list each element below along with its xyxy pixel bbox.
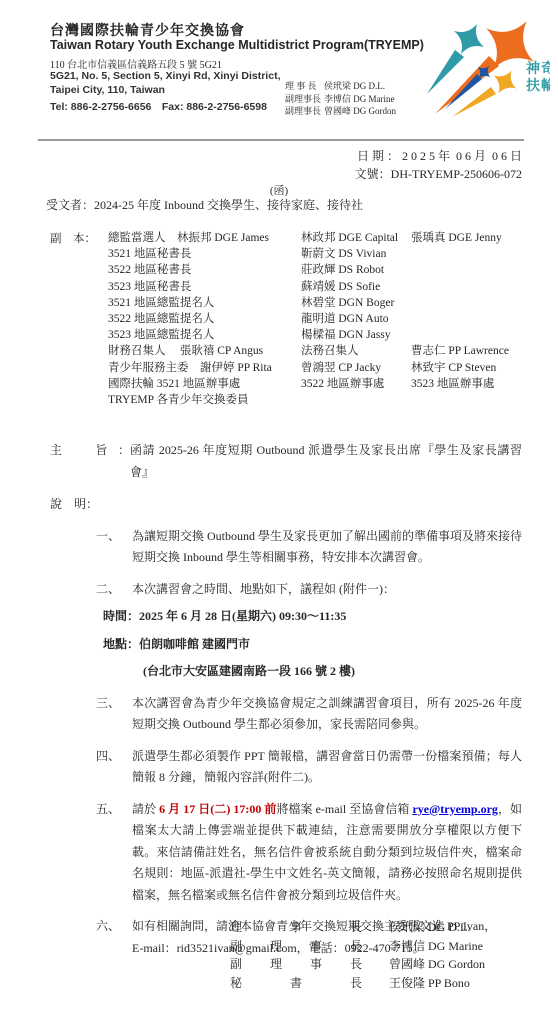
explanation-item-3: 三、 本次講習會為青少年交換協會規定之訓練講習會項目，所有 2025-26 年度… xyxy=(50,693,522,736)
officer-title: 副理事長 xyxy=(285,105,324,118)
cc-cell xyxy=(411,262,509,278)
officer-row: 副理事長 曾國峰 DG Gordon xyxy=(285,105,399,118)
cc-cell: 3523 地區秘書長 xyxy=(108,279,301,295)
logo-text-line2: 扶輪 xyxy=(526,77,550,93)
cc-cell: 林致宇 CP Steven xyxy=(411,360,509,376)
cc-cell: 3523 地區辦事處 xyxy=(411,376,509,392)
cc-cell: 3522 地區辦事處 xyxy=(301,376,411,392)
item-number: 四、 xyxy=(96,746,132,789)
item-number: 二、 xyxy=(96,579,132,601)
cc-cell: 3521 地區秘書長 xyxy=(108,246,301,262)
item-number: 六、 xyxy=(96,916,132,959)
cc-row: 3522 地區總監提名人龍明道 DGN Auto xyxy=(108,311,509,327)
cc-row: TRYEMP 各青少年交換委員 xyxy=(108,392,509,408)
signature-row: 副理事長 曾國峰 DG Gordon xyxy=(230,955,485,974)
cc-cell xyxy=(411,311,509,327)
cc-cell: TRYEMP 各青少年交換委員 xyxy=(108,392,301,408)
explanation-item-4: 四、 派遣學生都必須製作 PPT 簡報檔，講習會當日仍需帶一份檔案預備；每人簡報… xyxy=(50,746,522,789)
item5-post: ，如檔案太大請上傳雲端並提供下載連結，注意需要開放分享權限以方便下載。來信請備註… xyxy=(132,802,522,902)
cc-cell xyxy=(411,392,509,408)
officer-row: 理 事 長 侯玳梁 DG D.L. xyxy=(285,80,399,93)
cc-cell: 林政邦 DGE Capital xyxy=(301,230,411,246)
officer-title: 理 事 長 xyxy=(285,80,324,93)
org-address-en-2: Taipei City, 110, Taiwan xyxy=(50,84,165,96)
subject-text: 函請 2025-26 年度短期 Outbound 派遣學生及家長出席『學生及家長… xyxy=(130,440,522,483)
cc-cell: 張瑀真 DGE Jenny xyxy=(411,230,509,246)
officer-name: 侯玳梁 DG D.L. xyxy=(324,80,399,93)
signature-row: 副理事長 李博信 DG Marine xyxy=(230,937,485,956)
signature-title: 副理事長 xyxy=(230,937,362,956)
signature-name: 侯玳梁 DG D.L. xyxy=(389,918,470,937)
association-email-link[interactable]: rye@tryemp.org xyxy=(412,802,497,816)
teal-comet-tail xyxy=(427,50,464,94)
doc-date: 日 期 ： 2 0 2 5 年 0 6 月 0 6 日 xyxy=(357,147,522,164)
cc-cell: 靳蔚文 DS Vivian xyxy=(301,246,411,262)
cc-cell xyxy=(411,327,509,343)
cc-cell: 曾鴻翌 CP Jacky xyxy=(301,360,411,376)
cc-table: 總監當選人 林振邦 DGE James林政邦 DGE Capital張瑀真 DG… xyxy=(108,230,509,408)
officer-name: 曾國峰 DG Gordon xyxy=(324,105,399,118)
signature-name: 李博信 DG Marine xyxy=(389,937,483,956)
recipient-line: 受文者：2024-25 年度 Inbound 交換學生、接待家庭、接待社 xyxy=(46,196,363,213)
signature-name: 曾國峰 DG Gordon xyxy=(389,955,485,974)
item-number: 三、 xyxy=(96,693,132,736)
logo-text-line1: 神奇 xyxy=(526,60,550,76)
item-number: 五、 xyxy=(96,799,132,907)
cc-row: 3521 地區秘書長靳蔚文 DS Vivian xyxy=(108,246,509,262)
cc-cell: 莊政輝 DS Robot xyxy=(301,262,411,278)
cc-cell: 3522 地區秘書長 xyxy=(108,262,301,278)
cc-row: 3521 地區總監提名人林碧堂 DGN Boger xyxy=(108,295,509,311)
letter-body: 主 旨： 函請 2025-26 年度短期 Outbound 派遣學生及家長出席『… xyxy=(50,440,522,959)
cc-cell xyxy=(411,295,509,311)
signature-row: 秘書長 王俊隆 PP Bono xyxy=(230,974,485,993)
doc-number: 文號：DH-TRYEMP-250606-072 xyxy=(355,165,522,182)
event-place: 地點：伯朗咖啡館 建國門市 xyxy=(103,634,522,656)
cc-cell: 蘇靖媛 DS Sofie xyxy=(301,279,411,295)
cc-row: 國際扶輪 3521 地區辦事處3522 地區辦事處3523 地區辦事處 xyxy=(108,376,509,392)
cc-row: 3522 地區秘書長莊政輝 DS Robot xyxy=(108,262,509,278)
item-number: 一、 xyxy=(96,526,132,569)
tryemp-magic-rotary-logo: 神奇 扶輪 xyxy=(425,8,550,126)
explanation-item-2: 二、 本次講習會之時間、地點如下，議程如 (附件一)： xyxy=(50,579,522,601)
signature-title: 副理事長 xyxy=(230,955,362,974)
signature-block: 理事長 侯玳梁 DG D.L. 副理事長 李博信 DG Marine 副理事長 … xyxy=(230,918,485,992)
signature-row: 理事長 侯玳梁 DG D.L. xyxy=(230,918,485,937)
item5-mid: 將檔案 e-mail 至協會信箱 xyxy=(276,802,412,816)
signature-title: 理事長 xyxy=(230,918,362,937)
letter-page: 台灣國際扶輪青少年交換協會 Taiwan Rotary Youth Exchan… xyxy=(0,0,558,1030)
subject-label: 主 旨： xyxy=(50,440,130,483)
org-name-en: Taiwan Rotary Youth Exchange Multidistri… xyxy=(50,38,424,52)
cc-cell: 曹志仁 PP Lawrence xyxy=(411,343,509,359)
officer-name: 李博信 DG Marine xyxy=(324,93,399,106)
cc-label: 副 本： xyxy=(50,230,108,408)
cc-cell: 林碧堂 DGN Boger xyxy=(301,295,411,311)
cc-cell: 楊樑福 DGN Jassy xyxy=(301,327,411,343)
officer-row: 副理事長 李博信 DG Marine xyxy=(285,93,399,106)
item-text: 本次講習會為青少年交換協會規定之訓練講習會項目，所有 2025-26 年度短期交… xyxy=(132,693,522,736)
cc-cell: 3522 地區總監提名人 xyxy=(108,311,301,327)
event-place-address: (台北市大安區建國南路一段 166 號 2 樓) xyxy=(143,661,522,683)
deadline-highlight: 6 月 17 日(二) 17:00 前 xyxy=(159,802,276,816)
cc-cell: 總監當選人 林振邦 DGE James xyxy=(108,230,301,246)
explanation-item-1: 一、 為讓短期交換 Outbound 學生及家長更加了解出國前的準備事項及將來接… xyxy=(50,526,522,569)
cc-cell: 龍明道 DGN Auto xyxy=(301,311,411,327)
org-tel-fax: Tel: 886-2-2756-6656 Fax: 886-2-2756-659… xyxy=(50,99,267,114)
header-officers: 理 事 長 侯玳梁 DG D.L. 副理事長 李博信 DG Marine 副理事… xyxy=(285,80,399,118)
cc-cell: 法務召集人 xyxy=(301,343,411,359)
item-text: 本次講習會之時間、地點如下，議程如 (附件一)： xyxy=(132,579,522,601)
event-time: 時間：2025 年 6 月 28 日(星期六) 09:30～11:35 xyxy=(103,606,522,628)
cc-row: 3523 地區秘書長蘇靖媛 DS Sofie xyxy=(108,279,509,295)
cc-cell xyxy=(411,279,509,295)
cc-cell xyxy=(411,246,509,262)
org-address-en-1: 5G21, No. 5, Section 5, Xinyi Rd, Xinyi … xyxy=(50,70,280,82)
cc-cell: 財務召集人 張耿禧 CP Angus xyxy=(108,343,301,359)
org-address-zh: 110 台北市信義區信義路五段 5 號 5G21 xyxy=(50,56,222,71)
officer-title: 副理事長 xyxy=(285,93,324,106)
subject-block: 主 旨： 函請 2025-26 年度短期 Outbound 派遣學生及家長出席『… xyxy=(50,440,522,483)
item-text: 請於 6 月 17 日(二) 17:00 前將檔案 e-mail 至協會信箱 r… xyxy=(132,799,522,907)
cc-row: 財務召集人 張耿禧 CP Angus法務召集人曹志仁 PP Lawrence xyxy=(108,343,509,359)
item-text: 為讓短期交換 Outbound 學生及家長更加了解出國前的準備事項及將來接待短期… xyxy=(132,526,522,569)
cc-cell: 3521 地區總監提名人 xyxy=(108,295,301,311)
cc-block: 副 本： 總監當選人 林振邦 DGE James林政邦 DGE Capital張… xyxy=(50,230,509,408)
cc-row: 3523 地區總監提名人楊樑福 DGN Jassy xyxy=(108,327,509,343)
cc-row: 青少年服務主委 謝伊婷 PP Rita曾鴻翌 CP Jacky林致宇 CP St… xyxy=(108,360,509,376)
explanation-label: 說 明： xyxy=(50,494,522,516)
signature-name: 王俊隆 PP Bono xyxy=(389,974,470,993)
cc-cell xyxy=(301,392,411,408)
item-text: 派遣學生都必須製作 PPT 簡報檔，講習會當日仍需帶一份檔案預備；每人簡報 8 … xyxy=(132,746,522,789)
header-divider xyxy=(38,139,524,141)
item5-pre: 請於 xyxy=(132,802,159,816)
cc-cell: 3523 地區總監提名人 xyxy=(108,327,301,343)
cc-row: 總監當選人 林振邦 DGE James林政邦 DGE Capital張瑀真 DG… xyxy=(108,230,509,246)
cc-cell: 青少年服務主委 謝伊婷 PP Rita xyxy=(108,360,301,376)
cc-cell: 國際扶輪 3521 地區辦事處 xyxy=(108,376,301,392)
signature-title: 秘書長 xyxy=(230,974,362,993)
explanation-item-5: 五、 請於 6 月 17 日(二) 17:00 前將檔案 e-mail 至協會信… xyxy=(50,799,522,907)
org-name-zh: 台灣國際扶輪青少年交換協會 xyxy=(50,20,245,40)
